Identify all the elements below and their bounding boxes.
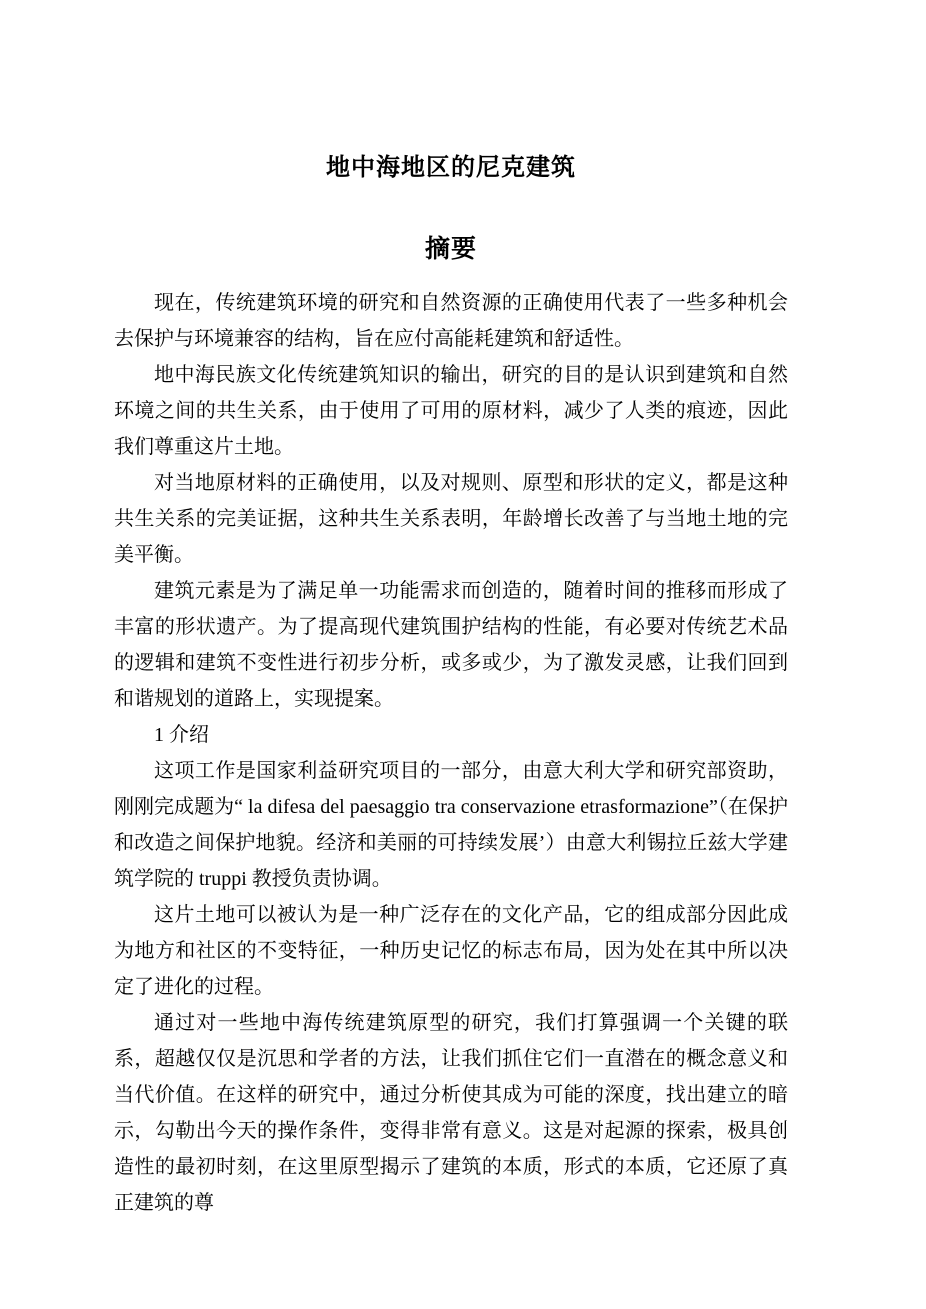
document-body: 现在，传统建筑环境的研究和自然资源的正确使用代表了一些多种机会去保护与环境兼容的…	[114, 285, 788, 1221]
document-title: 地中海地区的尼克建筑	[114, 150, 788, 186]
section-heading-introduction: 1 介绍	[114, 717, 788, 753]
paragraph-intro-2: 这片土地可以被认为是一种广泛存在的文化产品，它的组成部分因此成为地方和社区的不变…	[114, 897, 788, 1005]
paragraph-intro-1: 这项工作是国家利益研究项目的一部分，由意大利大学和研究部资助，刚刚完成题为“ l…	[114, 753, 788, 897]
paragraph-abstract-2: 地中海民族文化传统建筑知识的输出，研究的目的是认识到建筑和自然环境之间的共生关系…	[114, 357, 788, 465]
paragraph-abstract-3: 对当地原材料的正确使用，以及对规则、原型和形状的定义，都是这种共生关系的完美证据…	[114, 465, 788, 573]
paragraph-abstract-4: 建筑元素是为了满足单一功能需求而创造的，随着时间的推移而形成了丰富的形状遗产。为…	[114, 573, 788, 717]
document-page: 地中海地区的尼克建筑 摘要 现在，传统建筑环境的研究和自然资源的正确使用代表了一…	[0, 0, 926, 1309]
abstract-heading: 摘要	[114, 232, 788, 268]
paragraph-abstract-1: 现在，传统建筑环境的研究和自然资源的正确使用代表了一些多种机会去保护与环境兼容的…	[114, 285, 788, 357]
paragraph-intro-3: 通过对一些地中海传统建筑原型的研究，我们打算强调一个关键的联系，超越仅仅是沉思和…	[114, 1005, 788, 1221]
